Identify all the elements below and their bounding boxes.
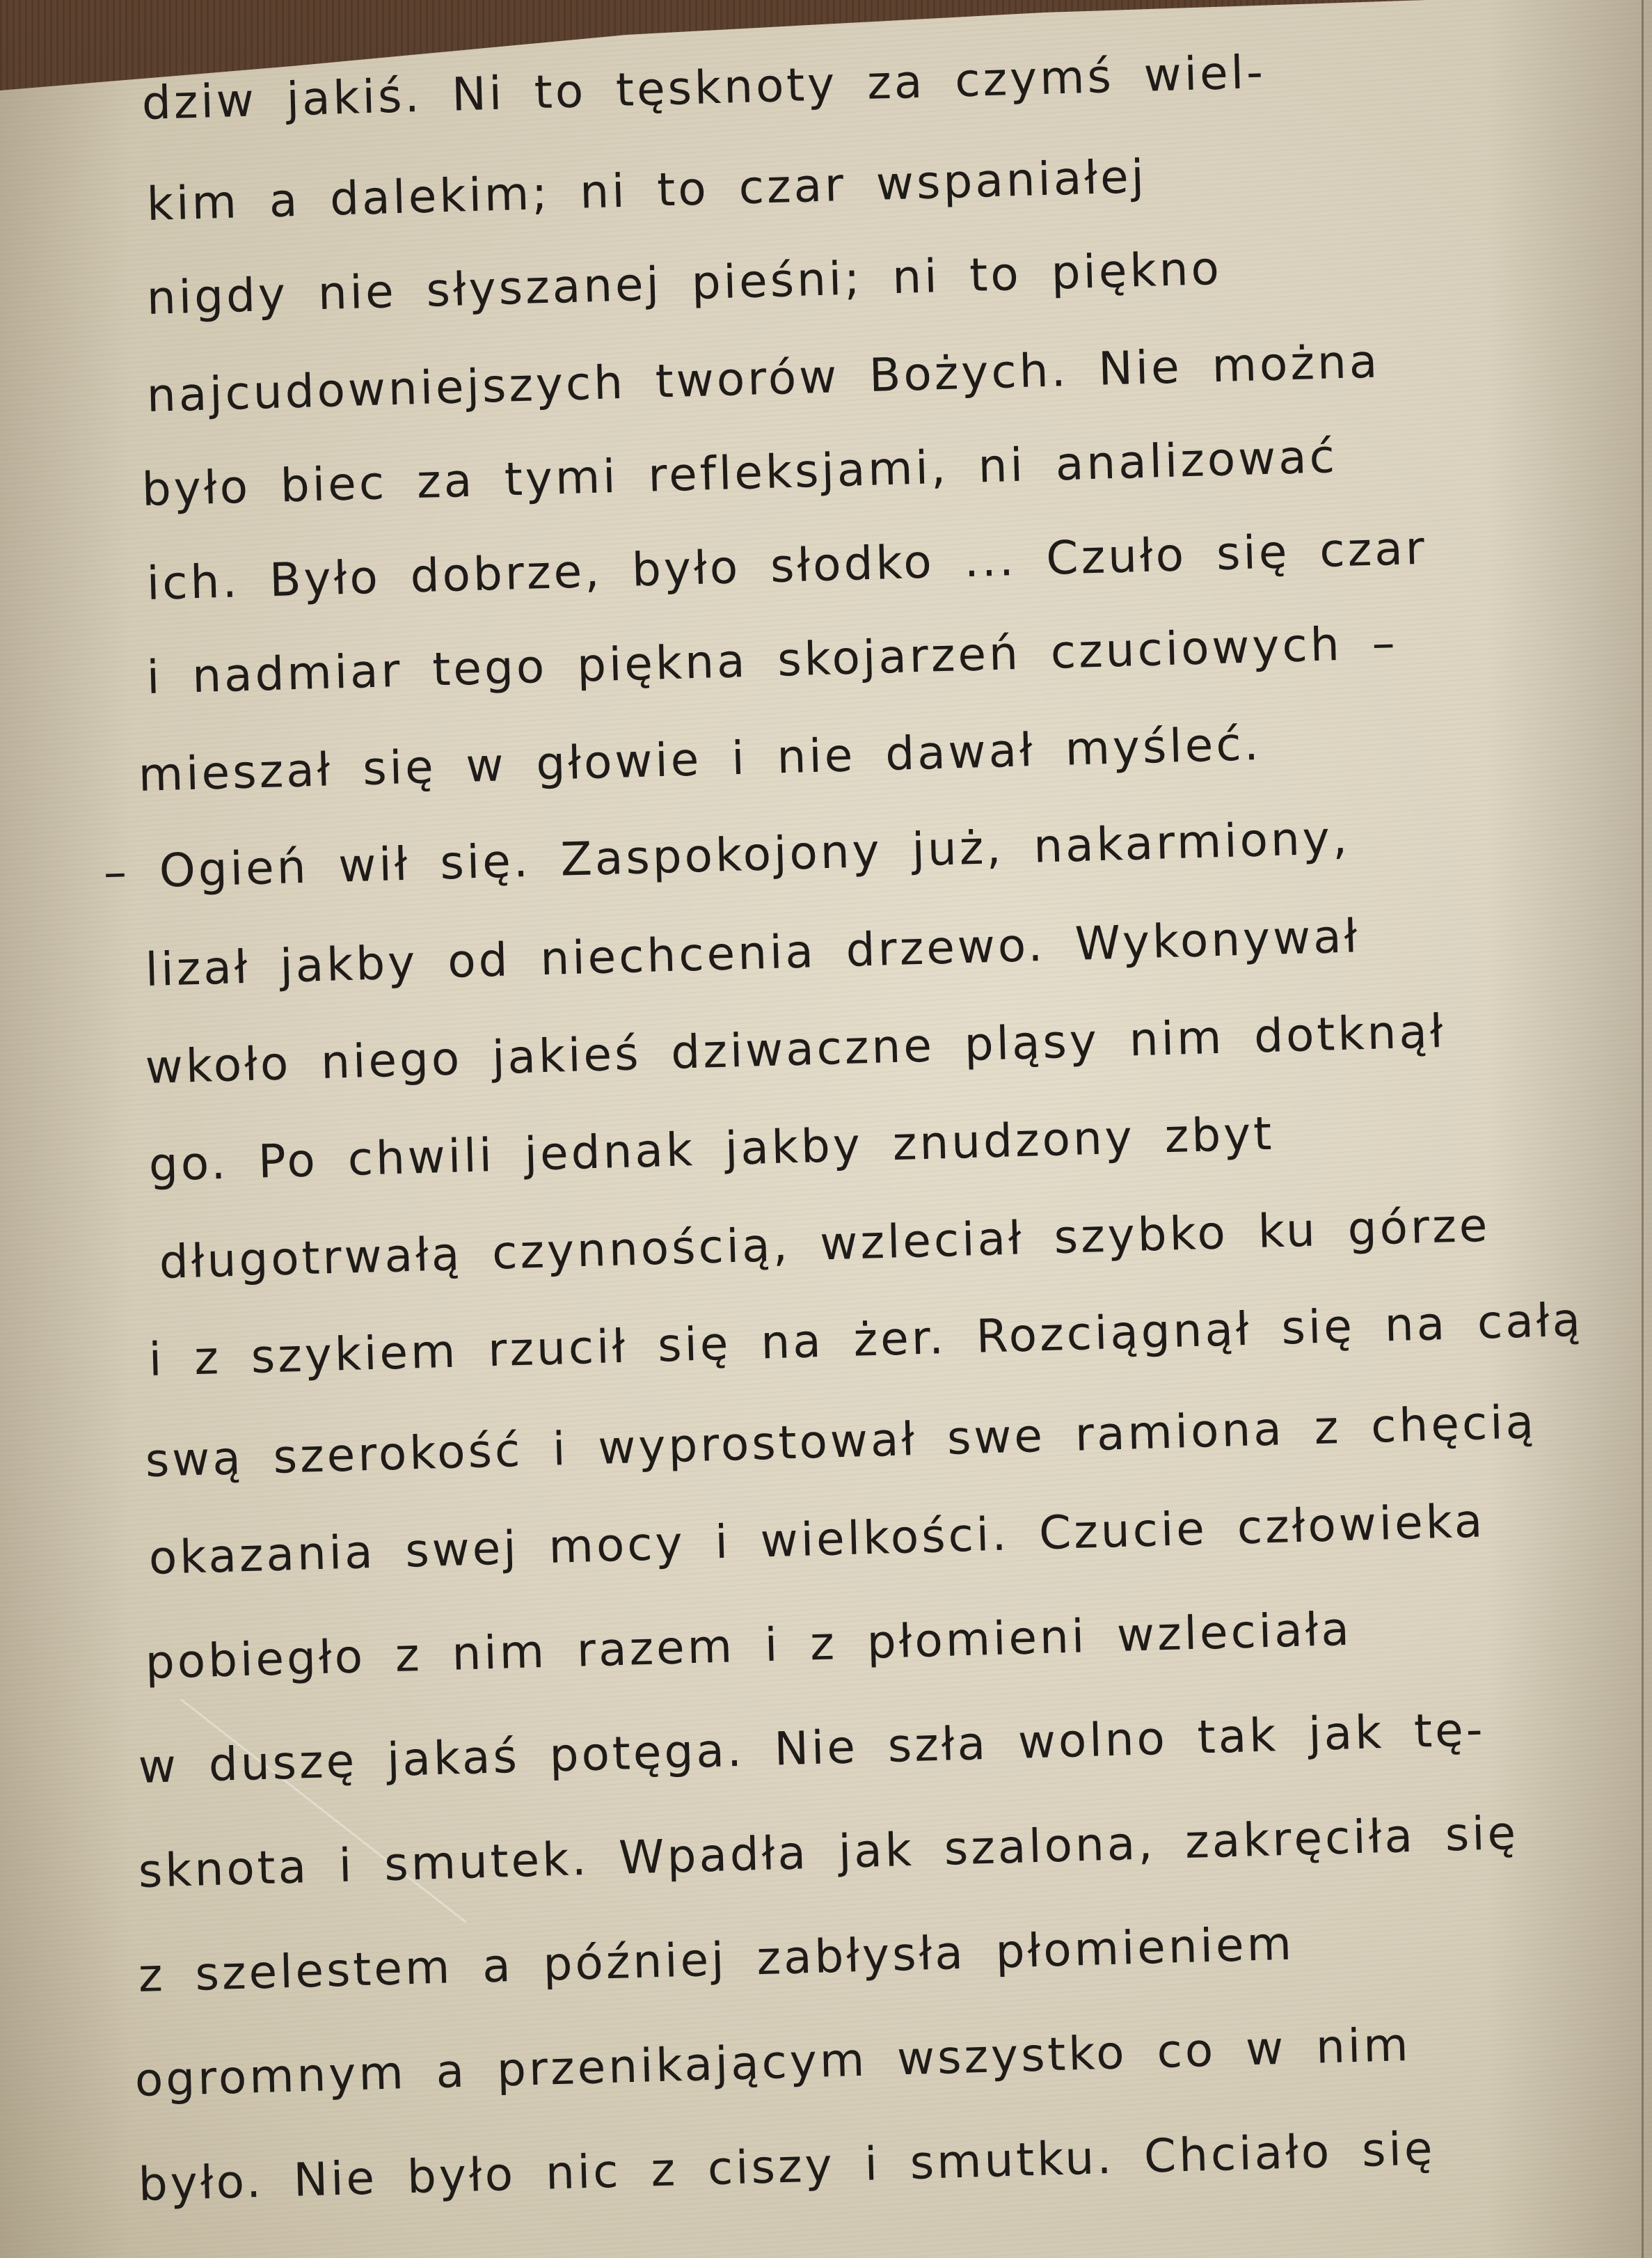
text-line-17: pobiegło z nim razem i z płomieni wzleci…: [145, 1602, 1353, 1689]
text-line-5: było biec za tymi refleksjami, ni analiz…: [141, 429, 1338, 516]
text-line-7: i nadmiar tego piękna skojarzeń czuciowy…: [146, 616, 1399, 704]
text-line-20: z szelestem a później zabłysła płomienie…: [138, 1917, 1295, 2003]
text-line-18: w duszę jakaś potęga. Nie szła wolno tak…: [138, 1703, 1486, 1794]
text-line-9: – Ogień wił się. Zaspokojony już, nakarm…: [103, 811, 1351, 899]
text-line-3: nigdy nie słyszanej pieśni; ni to piękno: [146, 242, 1223, 325]
text-line-10: lizał jakby od niechcenia drzewo. Wykony…: [145, 909, 1360, 997]
text-line-22: było. Nie było nic z ciszy i smutku. Chc…: [138, 2122, 1436, 2211]
text-line-6: ich. Było dobrze, było słodko ... Czuło …: [146, 521, 1428, 610]
text-line-16: okazania swej mocy i wielkości. Czucie c…: [148, 1494, 1486, 1585]
manuscript-page: dziw jakiś. Ni to tęsknoty za czymś wiel…: [0, 0, 1652, 2258]
text-line-11: wkoło niego jakieś dziwaczne pląsy nim d…: [145, 1004, 1447, 1094]
text-line-12: go. Po chwili jednak jakby znudzony zbyt: [148, 1107, 1275, 1192]
text-line-8: mieszał się w głowie i nie dawał myśleć.: [138, 717, 1262, 802]
text-line-4: najcudowniejszych tworów Bożych. Nie moż…: [146, 335, 1381, 423]
handwritten-text-block: dziw jakiś. Ni to tęsknoty za czymś wiel…: [0, 0, 1652, 2258]
text-line-15: swą szerokość i wyprostował swe ramiona …: [145, 1395, 1537, 1487]
text-line-21: ogromnym a przenikającym wszystko co w n…: [134, 2018, 1412, 2107]
text-line-14: i z szykiem rzucił się na żer. Rozciągną…: [148, 1293, 1584, 1387]
text-line-13: długotrwałą czynnością, wzleciał szybko …: [159, 1199, 1491, 1289]
text-line-19: sknota i smutek. Wpadła jak szalona, zak…: [138, 1806, 1519, 1898]
text-line-2: kim a dalekim; ni to czar wspaniałej: [146, 150, 1147, 231]
